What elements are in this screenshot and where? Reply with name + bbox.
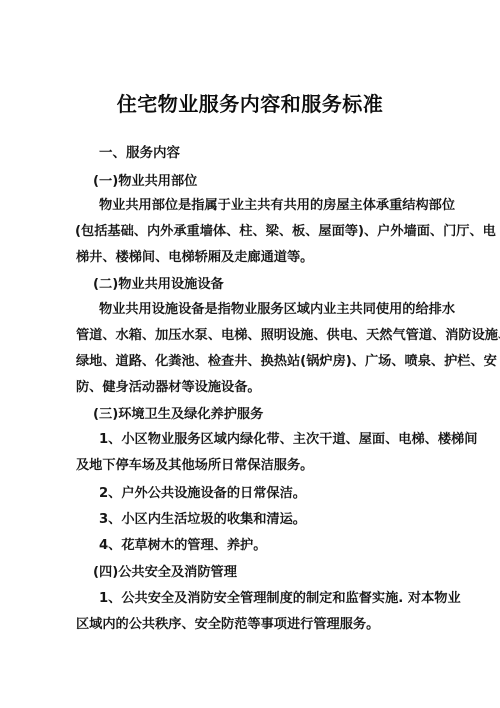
paragraph-line: 区域内的公共秩序、安全防范等事项进行管理服务。 (76, 617, 379, 633)
subsection-heading: (二)物业共用设施设备 (93, 277, 224, 293)
paragraph-line: 物业共用部位是指属于业主共有共用的房屋主体承重结构部位 (99, 198, 455, 214)
subsection-heading: (四)公共安全及消防管理 (93, 565, 237, 581)
list-item: 1、公共安全及消防安全管理制度的制定和监督实施. 对本物业 (99, 591, 461, 607)
paragraph-line: 及地下停车场及其他场所日常保洁服务。 (76, 458, 313, 474)
list-item: 4、花草树木的管理、养护。 (99, 538, 266, 554)
list-item: 1、小区物业服务区域内绿化带、主次干道、屋面、电梯、楼梯间 (99, 432, 477, 448)
section-heading: 一、服务内容 (99, 145, 180, 161)
subsection-heading: (一)物业共用部位 (93, 174, 197, 190)
paragraph-line: 防、健身活动器材等设施设备。 (76, 380, 261, 396)
list-item: 2、户外公共设施设备的日常保洁。 (99, 486, 306, 502)
list-item: 3、小区内生活垃圾的收集和清运。 (99, 512, 306, 528)
paragraph-line: 物业共用设施设备是指物业服务区域内业主共同使用的给排水 (99, 302, 455, 318)
document-title: 住宅物业服务内容和服务标准 (0, 88, 500, 117)
paragraph-line: (包括基础、内外承重墙体、柱、梁、板、屋面等)、户外墙面、门厅、电 (75, 224, 496, 240)
subsection-heading: (三)环境卫生及绿化养护服务 (93, 407, 263, 423)
paragraph-line: 管道、水箱、加压水泵、电梯、照明设施、供电、天然气管道、消防设施、 (76, 328, 500, 344)
paragraph-line: 绿地、道路、化粪池、检查井、换热站(锅炉房)、广场、喷泉、护栏、安 (76, 354, 497, 370)
paragraph-line: 梯井、楼梯间、电梯轿厢及走廊通道等。 (76, 250, 313, 266)
